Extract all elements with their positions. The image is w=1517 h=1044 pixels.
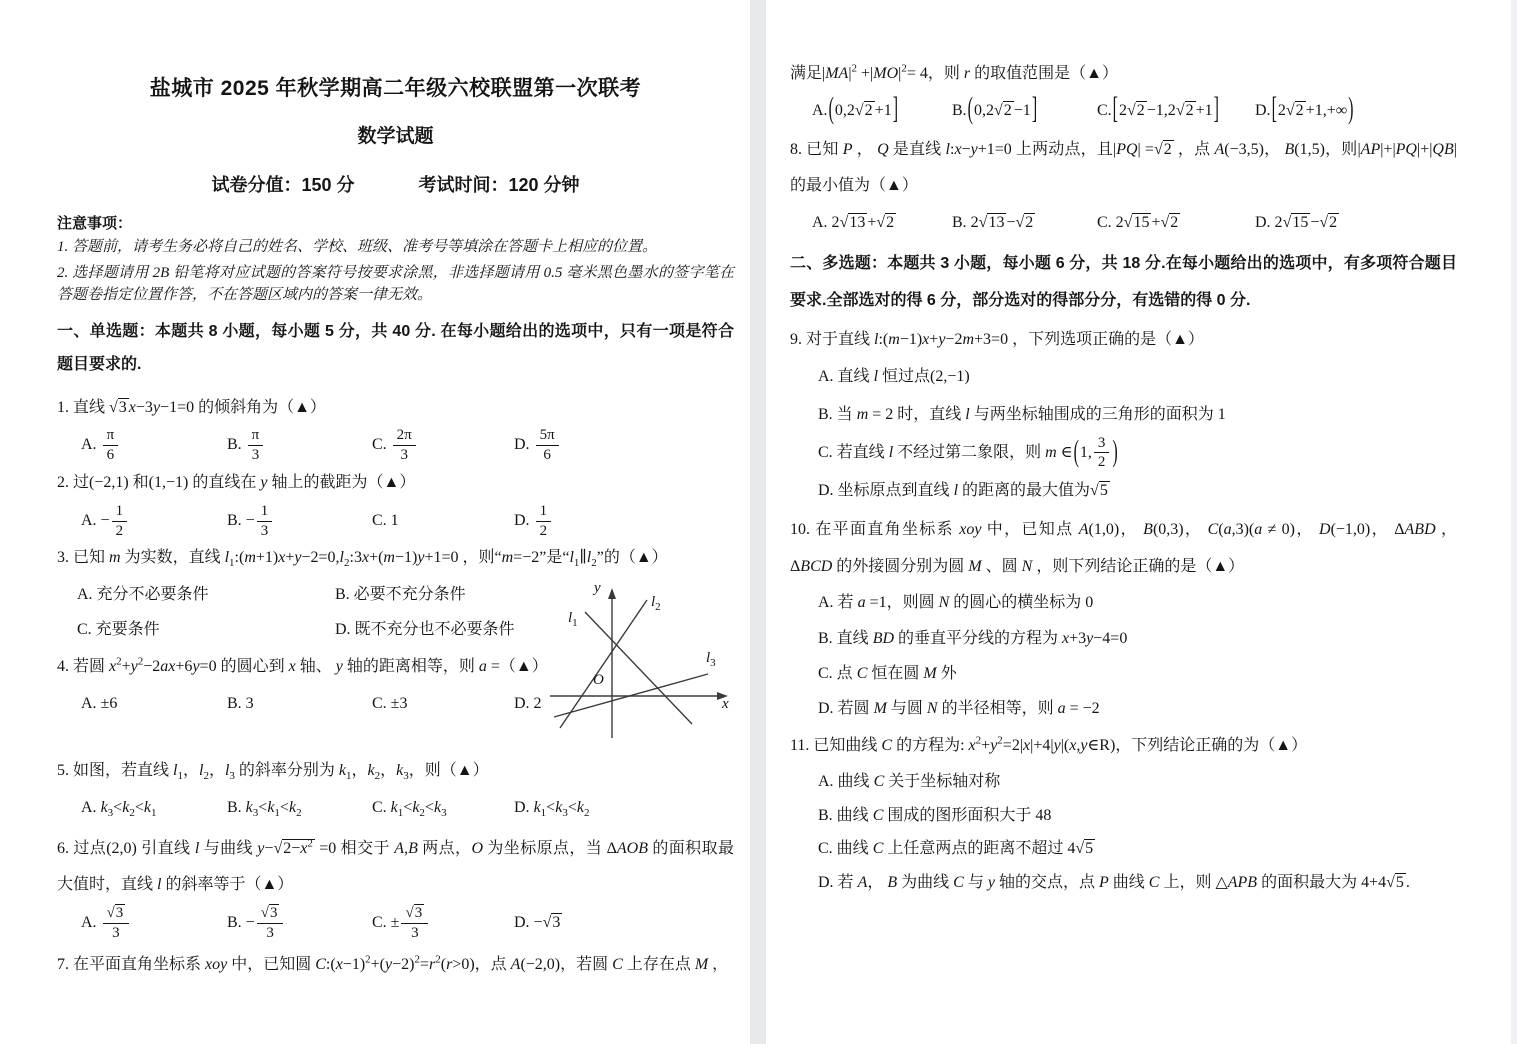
option-b: B. 直线 BD 的垂直平分线的方程为 x+3y−4=0 [818, 621, 1457, 656]
question-7: 7. 在平面直角坐标系 xoy 中，已知圆 C:(x−1)2+(y−2)2=r2… [57, 947, 734, 984]
section-1-heading: 一、单选题：本题共 8 小题，每小题 5 分，共 40 分. 在每小题给出的选项… [57, 315, 734, 382]
question-6: 6. 过点(2,0) 引直线 l 与曲线 y−√2−x2 =0 相交于 A,B … [57, 831, 734, 905]
option-a: A.(0,2√2+1] [812, 93, 952, 130]
question-5: 5. 如图，若直线 l1，l2，l3 的斜率分别为 k1，k2，k3，则（▲） [57, 753, 537, 790]
option-b: B. π3 [227, 426, 372, 465]
option-c: C. 1 [372, 503, 514, 540]
option-b: B. −√33 [227, 904, 372, 943]
option-d: D. −√3 [514, 905, 734, 942]
question-7-options: A.(0,2√2+1] B.(0,2√2−1] C.[2√2−1,2√2+1] … [790, 93, 1457, 130]
exam-meta: 试卷分值：150 分 考试时间：120 分钟 [57, 171, 734, 197]
option-a: A. 若 a =1，则圆 N 的圆心的横坐标为 0 [818, 585, 1457, 620]
exam-subject: 数学试题 [57, 121, 734, 148]
option-a: A. −12 [81, 502, 227, 541]
x-axis-label: x [722, 696, 729, 713]
question-9: 9. 对于直线 l:(m−1)x+y−2m+3=0 ，下列选项正确的是（▲） [790, 322, 1457, 359]
option-c: C. k1<k2<k3 [372, 790, 514, 827]
question-1: 1. 直线 √3x−3y−1=0 的倾斜角为（▲） [57, 390, 734, 427]
option-a: A. 2√13+√2 [812, 205, 952, 242]
line-l3-label: l3 [706, 650, 716, 669]
line-l2-label: l2 [651, 594, 661, 613]
question-10-options: A. 若 a =1，则圆 N 的圆心的横坐标为 0 B. 直线 BD 的垂直平分… [790, 585, 1457, 726]
option-a: A. 直线 l 恒过点(2,−1) [818, 358, 1457, 396]
option-c: C. 充要条件 [77, 612, 335, 647]
option-c: C. 曲线 C 上任意两点的距离不超过 4√5 [818, 832, 1457, 866]
option-c: C. 2√15+√2 [1097, 205, 1255, 242]
option-d: D. 若 A， B 为曲线 C 与 y 轴的交点，点 P 曲线 C 上，则 △A… [818, 866, 1457, 900]
option-b: B. 3 [227, 686, 372, 723]
exam-paper-spread: 盐城市 2025 年秋学期高二年级六校联盟第一次联考 数学试题 试卷分值：150… [0, 0, 1517, 1044]
option-d: D. 坐标原点到直线 l 的距离的最大值为√5 [818, 472, 1457, 510]
option-b: B. k3<k1<k2 [227, 790, 372, 827]
option-b: B.(0,2√2−1] [952, 93, 1097, 130]
option-a: A. ±6 [81, 686, 227, 723]
meta-total-score: 试卷分值：150 分 [211, 171, 354, 197]
question-3: 3. 已知 m 为实数，直线 l1:(m+1)x+y−2=0,l2:3x+(m−… [57, 540, 734, 577]
option-d: D. 12 [514, 502, 734, 541]
option-d: D. 2√15−√2 [1255, 205, 1457, 242]
notice-item-1: 1. 答题前，请考生务必将自己的姓名、学校、班级、准考号等填涂在答题卡上相应的位… [57, 236, 734, 259]
question-11: 11. 已知曲线 C 的方程为: x2+y2=2|x|+4|y|(x,y∈R)，… [790, 728, 1457, 765]
option-d: D. k1<k3<k2 [514, 790, 734, 827]
option-a: A. 充分不必要条件 [77, 577, 335, 612]
option-a: A. 曲线 C 关于坐标轴对称 [818, 765, 1457, 799]
option-b: B. −13 [227, 502, 372, 541]
meta-duration: 考试时间：120 分钟 [419, 171, 580, 197]
option-c: C. 2π3 [372, 426, 514, 465]
question-9-options: A. 直线 l 恒过点(2,−1) B. 当 m = 2 时，直线 l 与两坐标… [790, 358, 1457, 509]
option-a: A. k3<k2<k1 [81, 790, 227, 827]
question-1-options: A. π6 B. π3 C. 2π3 D. 5π6 [57, 426, 734, 465]
option-c: C. ±√33 [372, 904, 514, 943]
question-2-options: A. −12 B. −13 C. 1 D. 12 [57, 502, 734, 541]
option-a: A. √33 [81, 904, 227, 943]
question-5-figure: y x O l1 l2 l3 [540, 584, 755, 746]
figure-canvas [540, 584, 755, 746]
y-axis-label: y [594, 580, 601, 597]
question-10: 10. 在平面直角坐标系 xoy 中，已知点 A(1,0)， B(0,3)， C… [790, 512, 1457, 586]
notice-heading: 注意事项： [57, 212, 734, 233]
option-b: B. 2√13−√2 [952, 205, 1097, 242]
option-c: C. 若直线 l 不经过第二象限，则 m ∈(1,32) [818, 434, 1457, 473]
option-d: D.[2√2+1,+∞) [1255, 93, 1457, 130]
option-a: A. π6 [81, 426, 227, 465]
notice-item-2: 2. 选择题请用 2B 铅笔将对应试题的答案符号按要求涂黑，非选择题请用 0.5… [57, 262, 734, 307]
question-5-options: A. k3<k2<k1 B. k3<k1<k2 C. k1<k2<k3 D. k… [57, 790, 734, 827]
page-gutter [750, 0, 766, 1044]
y-axis-arrow [608, 588, 616, 599]
line-l1-label: l1 [568, 610, 578, 629]
question-6-options: A. √33 B. −√33 C. ±√33 D. −√3 [57, 904, 734, 943]
question-11-options: A. 曲线 C 关于坐标轴对称 B. 曲线 C 围成的图形面积大于 48 C. … [790, 765, 1457, 899]
option-d: D. 5π6 [514, 426, 734, 465]
question-7-continued: 满足|MA|2 +|MO|2= 4，则 r 的取值范围是（▲） [790, 56, 1457, 93]
question-8-options: A. 2√13+√2 B. 2√13−√2 C. 2√15+√2 D. 2√15… [790, 205, 1457, 242]
option-b: B. 曲线 C 围成的图形面积大于 48 [818, 799, 1457, 833]
page-2: 满足|MA|2 +|MO|2= 4，则 r 的取值范围是（▲） A.(0,2√2… [766, 0, 1511, 1044]
right-edge-strip [1511, 0, 1517, 1044]
section-2-heading: 二、多选题：本题共 3 小题，每小题 6 分，共 18 分.在每小题给出的选项中… [790, 246, 1457, 320]
question-8: 8. 已知 P ， Q 是直线 l:x−y+1=0 上两动点，且|PQ| =√2… [790, 132, 1457, 206]
page-1: 盐城市 2025 年秋学期高二年级六校联盟第一次联考 数学试题 试卷分值：150… [0, 0, 750, 1044]
option-c: C. ±3 [372, 686, 514, 723]
exam-title: 盐城市 2025 年秋学期高二年级六校联盟第一次联考 [57, 72, 734, 102]
option-d: D. 若圆 M 与圆 N 的半径相等，则 a = −2 [818, 691, 1457, 726]
option-c: C. 点 C 恒在圆 M 外 [818, 656, 1457, 691]
option-c: C.[2√2−1,2√2+1] [1097, 93, 1255, 130]
option-b: B. 当 m = 2 时，直线 l 与两坐标轴围成的三角形的面积为 1 [818, 396, 1457, 434]
origin-label: O [593, 672, 604, 689]
question-2: 2. 过(−2,1) 和(1,−1) 的直线在 y 轴上的截距为（▲） [57, 465, 734, 502]
